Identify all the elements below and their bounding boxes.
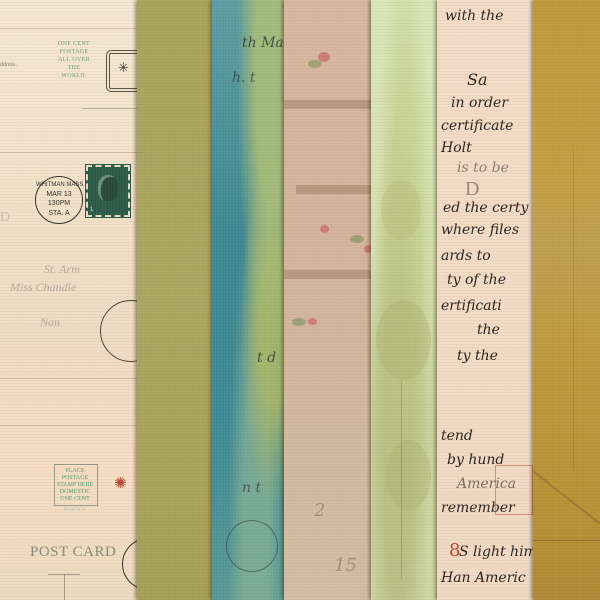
- diagonal-fold: [533, 470, 600, 527]
- rose-icon: [320, 225, 329, 233]
- paper-postcard: ddress. ONE CENT POSTAGE ALL OVER THE WO…: [0, 0, 138, 600]
- place-line: POSTAGE: [54, 475, 96, 482]
- place-stamp-text: PLACE POSTAGE STAMP HERE DOMESTIC ONE CE…: [54, 468, 96, 503]
- script-text: the: [477, 322, 500, 338]
- post-card-heading: POST CARD: [30, 544, 116, 561]
- script-text: 15: [334, 555, 357, 576]
- distress-mark: [381, 180, 421, 240]
- address-text: ddress.: [0, 62, 17, 68]
- divider: [0, 28, 138, 29]
- script-text: Han Americ: [441, 570, 526, 586]
- paper-teal-distressed: th Ma h. t t d n t: [212, 0, 285, 600]
- postmark-icon: [226, 520, 278, 572]
- postmark-icon: WHITMAN MASS MAR 13 130PM STA. A: [35, 176, 83, 224]
- script-text: n t: [242, 480, 261, 496]
- paper-floral-pink: 2 15: [284, 0, 372, 600]
- divider: [533, 540, 600, 541]
- script-text: ty the: [457, 348, 498, 364]
- postmark-time: 130PM: [36, 200, 82, 208]
- script-text: with the: [445, 8, 503, 24]
- script-text: where files: [441, 222, 519, 238]
- postage-line: WORLD.: [52, 72, 96, 80]
- divider: [64, 574, 65, 600]
- postmark-icon: [100, 300, 138, 362]
- stamp-value: 1: [90, 207, 93, 213]
- script-text: Holt: [441, 140, 472, 156]
- postage-text: ONE CENT POSTAGE ALL OVER THE WORLD.: [52, 40, 96, 80]
- position-text: POSITION: [54, 508, 96, 513]
- script-text: t d: [257, 350, 276, 366]
- divider: [0, 425, 138, 426]
- place-line: PLACE: [54, 468, 96, 475]
- script-text: certificate: [441, 118, 513, 134]
- place-line: DOMESTIC: [54, 489, 96, 496]
- script-text: Sa: [467, 70, 488, 89]
- stripe-band: [284, 270, 372, 279]
- handwriting: Nan: [40, 315, 60, 330]
- script-text: ertificati: [441, 298, 502, 314]
- faint-letter: D: [0, 210, 10, 226]
- stamp-frame: [495, 465, 533, 515]
- postmark-icon: [122, 538, 138, 590]
- postage-line: THE: [52, 64, 96, 72]
- paper-pale-green: [371, 0, 438, 600]
- place-line: ONE CENT: [54, 496, 96, 503]
- script-text: th Ma: [242, 35, 284, 51]
- script-text: ards to: [441, 248, 491, 264]
- script-text: ty of the: [447, 272, 506, 288]
- script-text: in order: [451, 95, 508, 111]
- paper-script: with the Sa in order certificate Holt is…: [437, 0, 534, 600]
- script-text: h. t: [232, 70, 256, 86]
- handwriting: St. Arm: [44, 262, 80, 277]
- script-text: ed the certy: [443, 200, 528, 216]
- paper-mustard: [533, 0, 600, 600]
- sunburst-icon: ✺: [114, 474, 127, 492]
- leaf-icon: [292, 318, 306, 326]
- asterisk-icon: ✳: [118, 60, 129, 76]
- script-text: S light him: [459, 544, 534, 560]
- distress-mark: [376, 300, 431, 380]
- divider: [573, 150, 574, 470]
- postmark-date: MAR 13: [36, 191, 82, 199]
- script-text: tend: [441, 428, 473, 444]
- postmark-station: STA. A: [36, 210, 82, 218]
- leaf-icon: [308, 60, 322, 68]
- script-text: D: [465, 178, 479, 201]
- portrait-icon: [98, 175, 118, 201]
- script-text: is to be: [457, 160, 509, 176]
- stripe-band: [284, 100, 372, 109]
- paper-olive-linen: [137, 0, 213, 600]
- rose-icon: [308, 318, 317, 325]
- divider: [82, 108, 138, 109]
- handwriting: Miss Chandle: [10, 280, 76, 295]
- divider: [0, 378, 138, 379]
- postage-stamp-icon: 1: [86, 165, 130, 217]
- leaf-icon: [350, 235, 364, 243]
- postmark-text: WHITMAN MASS: [36, 181, 82, 189]
- postage-line: ALL OVER: [52, 56, 96, 64]
- place-line: STAMP HERE: [54, 482, 96, 489]
- postage-line: POSTAGE: [52, 48, 96, 56]
- divider: [401, 380, 402, 580]
- postage-line: ONE CENT: [52, 40, 96, 48]
- stripe-band: [296, 185, 372, 194]
- paper-collection: ddress. ONE CENT POSTAGE ALL OVER THE WO…: [0, 0, 600, 600]
- distress-mark: [386, 440, 431, 510]
- divider: [0, 152, 138, 153]
- script-text: 2: [314, 500, 325, 521]
